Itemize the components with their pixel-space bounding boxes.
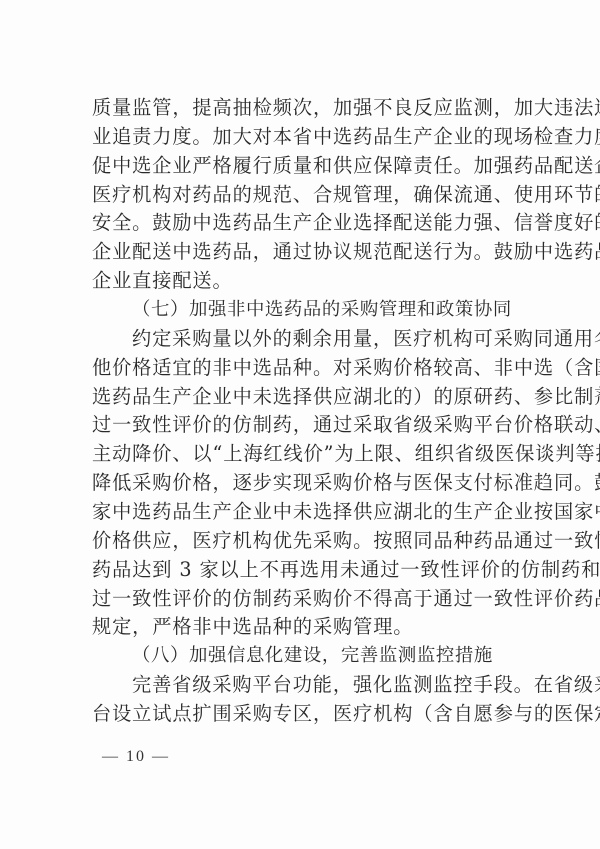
paragraph-line: 过一致性评价的仿制药，通过采取省级采购平台价格联动、企业: [92, 411, 517, 440]
section-heading-8: （八）加强信息化建设，完善监测监控措施: [92, 642, 517, 671]
page-number: — 10 —: [102, 748, 170, 766]
paragraph-line: 价格供应，医疗机构优先采购。按照同品种药品通过一致性评价: [92, 527, 517, 556]
paragraph-line: 业追责力度。加大对本省中选药品生产企业的现场检查力度，督: [92, 123, 517, 152]
paragraph-line: 降低采购价格，逐步实现采购价格与医保支付标准趋同。鼓励国: [92, 469, 517, 498]
paragraph-line: 企业直接配送。: [92, 267, 517, 296]
paragraph-line: 台设立试点扩围采购专区，医疗机构（含自愿参与的医保定点社: [92, 700, 517, 729]
section-heading-7: （七）加强非中选药品的采购管理和政策协同: [92, 296, 517, 325]
paragraph-line: 他价格适宜的非中选品种。对采购价格较高、非中选（含国家中: [92, 354, 517, 383]
paragraph-line: 家中选药品生产企业中未选择供应湖北的生产企业按国家中选: [92, 498, 517, 527]
paragraph-line: 企业配送中选药品，通过协议规范配送行为。鼓励中选药品生产: [92, 238, 517, 267]
paragraph-line: 规定，严格非中选品种的采购管理。: [92, 613, 517, 642]
paragraph-line: 医疗机构对药品的规范、合规管理，确保流通、使用环节的质量: [92, 181, 517, 210]
document-page: 质量监管，提高抽检频次，加强不良反应监测，加大违法违规企 业追责力度。加大对本省…: [0, 0, 600, 849]
paragraph-line: 促中选企业严格履行质量和供应保障责任。加强药品配送企业和: [92, 152, 517, 181]
paragraph-line: 选药品生产企业中未选择供应湖北的）的原研药、参比制剂、通: [92, 383, 517, 412]
paragraph-line: 完善省级采购平台功能，强化监测监控手段。在省级采购平: [92, 671, 517, 700]
paragraph-line: 主动降价、以“上海红线价”为上限、组织省级医保谈判等措施，: [92, 440, 517, 469]
paragraph-line: 安全。鼓励中选药品生产企业选择配送能力强、信誉度好的经营: [92, 209, 517, 238]
paragraph-line: 过一致性评价的仿制药采购价不得高于通过一致性评价药品的: [92, 585, 517, 614]
paragraph-line: 约定采购量以外的剩余用量，医疗机构可采购同通用名下其: [92, 325, 517, 354]
paragraph-line: 质量监管，提高抽检频次，加强不良反应监测，加大违法违规企: [92, 94, 517, 123]
paragraph-line: 药品达到 3 家以上不再选用未通过一致性评价的仿制药和未通: [92, 556, 517, 585]
body-text: 质量监管，提高抽检频次，加强不良反应监测，加大违法违规企 业追责力度。加大对本省…: [92, 94, 517, 729]
